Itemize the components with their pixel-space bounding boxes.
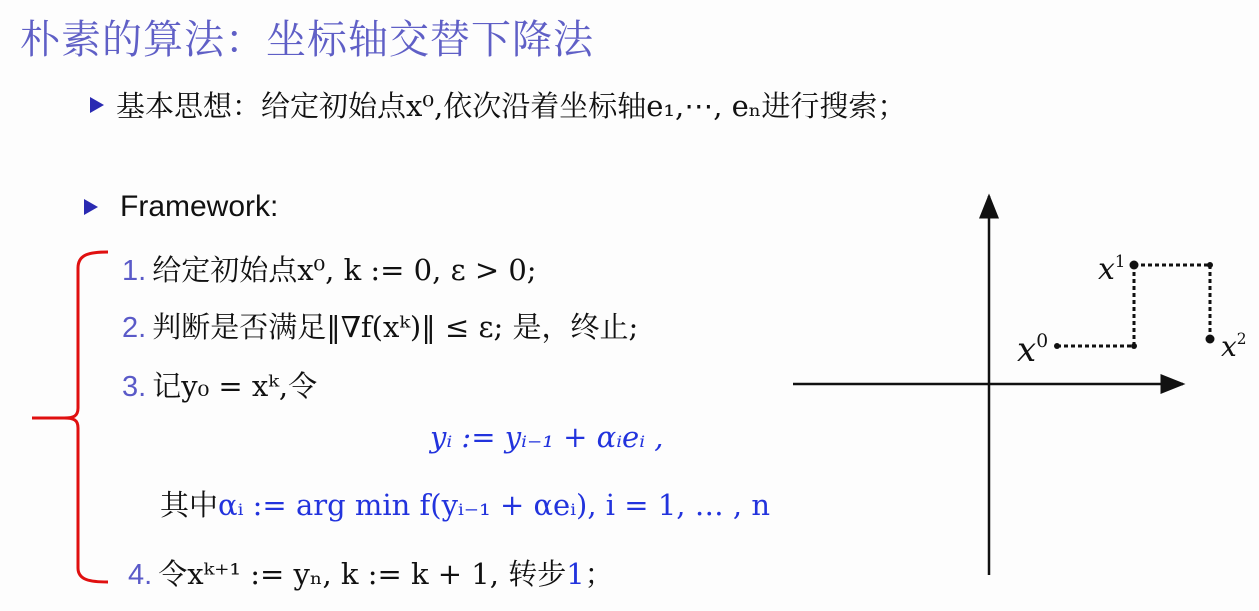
coordinate-descent-diagram <box>0 0 1259 611</box>
label-x2: x2 <box>1221 330 1247 363</box>
label-x0: x0 <box>1017 330 1048 370</box>
point-x2 <box>1206 335 1215 344</box>
point-x1 <box>1130 261 1139 270</box>
point-x0 <box>1054 343 1060 349</box>
label-x1: x1 <box>1098 252 1125 287</box>
descent-path <box>1057 265 1210 346</box>
